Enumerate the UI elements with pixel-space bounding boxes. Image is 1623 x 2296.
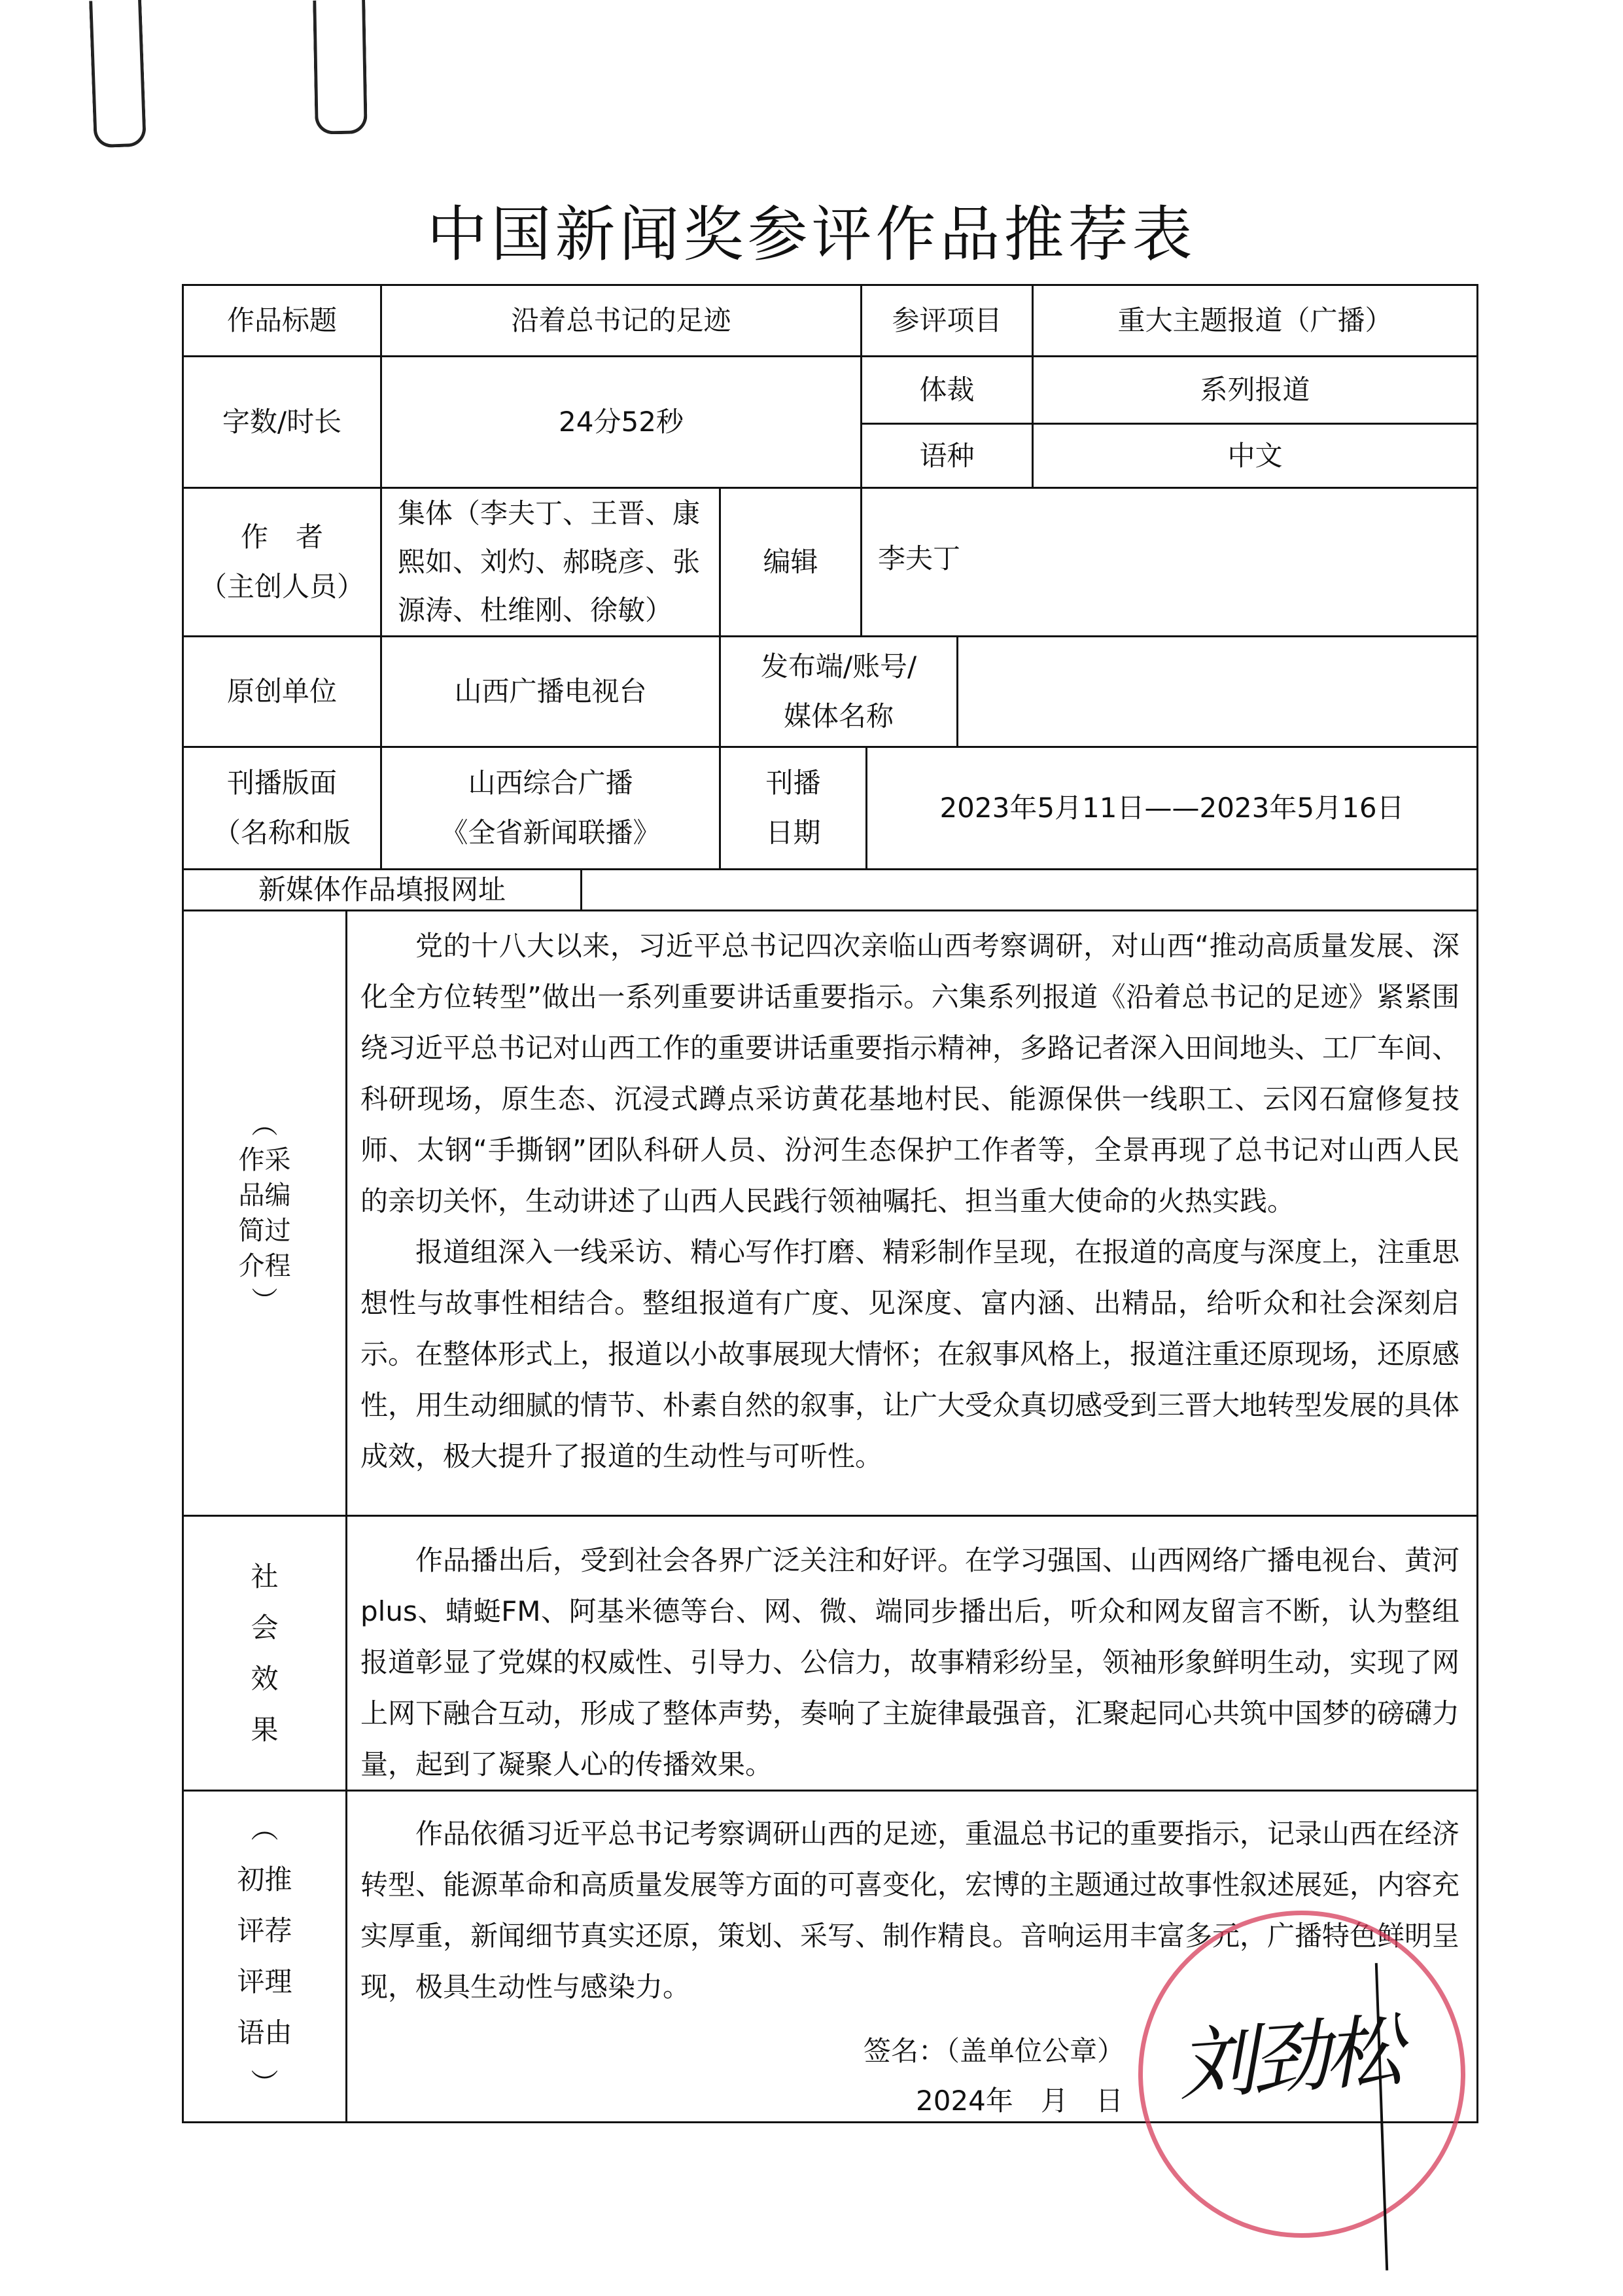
handwritten-signature: 刘劲松 [1174,1988,1401,2115]
impact-label-char: 果 [251,1704,278,1756]
platform-label: 发布端/账号/媒体名称 [719,635,958,748]
date-label: 刊播日期 [719,746,867,870]
work-title-label: 作品标题 [182,284,382,357]
impact-label-char: 效 [251,1653,278,1704]
impact-text: 作品播出后，受到社会各界广泛关注和好评。在学习强国、山西网络广播电视台、黄河pl… [345,1515,1478,1792]
section-value: 山西综合广播 《全省新闻联播》 [380,746,721,870]
review-label-line: ︶ [251,2058,278,2110]
review-label-line: 评理 [237,1956,292,2007]
review-label: ︵ 初推 评荐 评理 语由 ︶ [182,1790,347,2123]
signature-label: 签名：（盖单位公章） [864,2030,1125,2069]
intro-label-line: ︵ [252,1107,278,1142]
category-value: 重大主题报道（广播） [1032,284,1478,357]
intro-label-line: ︶ [252,1284,278,1319]
impact-label: 社 会 效 果 [182,1515,347,1792]
origin-label: 原创单位 [182,635,382,748]
url-label: 新媒体作品填报网址 [182,868,582,911]
review-label-line: ︵ [251,1803,278,1854]
authors-value: 集体（李夫丁、王晋、康熙如、刘灼、郝晓彦、张源涛、杜维刚、徐敏） [380,487,721,637]
date-value: 2023年5月11日——2023年5月16日 [865,746,1478,870]
language-value: 中文 [1032,423,1478,489]
impact-paragraph: 作品播出后，受到社会各界广泛关注和好评。在学习强国、山西网络广播电视台、黄河pl… [360,1535,1459,1790]
signature-date: 2024年 月 日 [916,2079,1123,2119]
genre-value: 系列报道 [1032,355,1478,425]
section-label: 刊播版面（名称和版 [182,746,382,870]
paper-clip-icon [89,0,147,148]
impact-label-char: 会 [251,1602,278,1653]
intro-label-line: 简过 [239,1213,291,1248]
intro-text: 党的十八大以来，习近平总书记四次亲临山西考察调研，对山西“推动高质量发展、深化全… [345,910,1478,1517]
url-value[interactable] [580,868,1478,911]
intro-label: ︵ 作采 品编 简过 介程 ︶ [182,910,347,1517]
language-label: 语种 [860,423,1034,489]
intro-label-line: 品编 [239,1178,291,1213]
work-title-value: 沿着总书记的足迹 [380,284,862,357]
length-label: 字数/时长 [182,355,382,489]
genre-label: 体裁 [860,355,1034,425]
section-value-line2: 《全省新闻联播》 [440,808,660,858]
intro-label-line: 介程 [239,1248,291,1284]
section-value-line1: 山西综合广播 [468,758,633,808]
editor-value: 李夫丁 [860,487,1478,637]
editor-label: 编辑 [719,487,862,637]
review-label-line: 语由 [237,2007,292,2058]
platform-value [956,635,1478,748]
intro-paragraph: 报道组深入一线采访、精心写作打磨、精彩制作呈现，在报道的高度与深度上，注重思想性… [360,1227,1459,1482]
intro-paragraph: 党的十八大以来，习近平总书记四次亲临山西考察调研，对山西“推动高质量发展、深化全… [360,921,1459,1227]
intro-label-line: 作采 [239,1142,291,1178]
review-label-line: 初推 [237,1854,292,1905]
author-label-line2: （主创人员） [200,562,364,612]
paper-clip-icon [313,0,368,135]
origin-value: 山西广播电视台 [380,635,721,748]
document-title: 中国新闻奖参评作品推荐表 [0,186,1623,273]
impact-label-char: 社 [251,1551,278,1602]
length-value: 24分52秒 [380,355,862,489]
category-label: 参评项目 [860,284,1034,357]
author-label: 作 者 （主创人员） [182,487,382,637]
author-label-line1: 作 者 [241,512,323,562]
review-label-line: 评荐 [237,1905,292,1956]
